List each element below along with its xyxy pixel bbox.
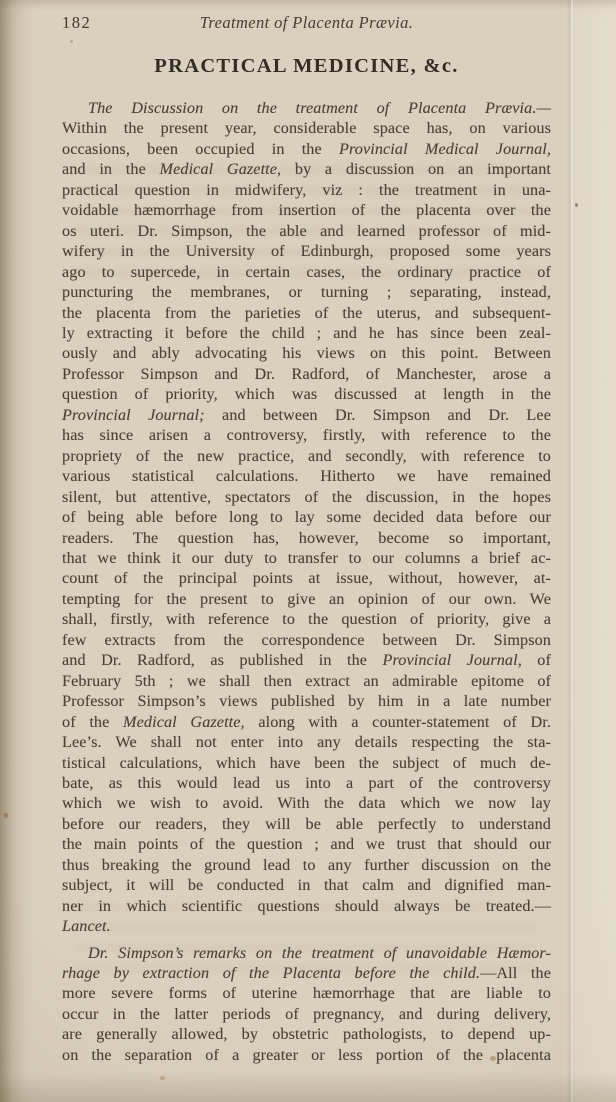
text-line: Within the present year, considerable sp… — [62, 118, 551, 138]
text-line: are generally allowed, by obstetric path… — [62, 1024, 551, 1044]
foxing-spot — [4, 813, 8, 818]
text-line: various statistical calculations. Hither… — [62, 466, 551, 486]
text-line: readers. The question has, however, beco… — [62, 528, 551, 548]
text-line: before our readers, they will be able pe… — [62, 814, 551, 834]
text-line: occasions, been occupied in the Provinci… — [62, 139, 551, 159]
text-line: of being able before long to lay some de… — [62, 507, 551, 527]
text-line: February 5th ; we shall then extract an … — [62, 671, 551, 691]
text-line: ner in which scientific questions should… — [62, 896, 551, 916]
text-line: rhage by extraction of the Placenta befo… — [62, 963, 551, 983]
text-line: The Discussion on the treatment of Place… — [62, 98, 551, 118]
text-line: and Dr. Radford, as published in the Pro… — [62, 650, 551, 670]
text-line: ago to supercede, in certain cases, the … — [62, 262, 551, 282]
page-edge-shadow-top — [0, 0, 616, 10]
text-line: the main points of the question ; and we… — [62, 834, 551, 854]
text-line: wifery in the University of Edinburgh, p… — [62, 241, 551, 261]
text-line: that we think it our duty to transfer to… — [62, 548, 551, 568]
text-line: subject, it will be conducted in that ca… — [62, 875, 551, 895]
text-line: ly extracting it before the child ; and … — [62, 323, 551, 343]
text-line: Professor Simpson’s views published by h… — [62, 691, 551, 711]
text-line: thus breaking the ground lead to any fur… — [62, 855, 551, 875]
article-body: The Discussion on the treatment of Place… — [62, 98, 551, 1065]
text-line: count of the principal points at issue, … — [62, 568, 551, 588]
text-line: Lancet. — [62, 916, 551, 936]
foxing-spot — [575, 203, 578, 207]
text-line: on the separation of a greater or less p… — [62, 1045, 551, 1065]
scanned-book-page: 182 Treatment of Placenta Prævia. PRACTI… — [0, 0, 616, 1102]
text-line: of the Medical Gazette, along with a cou… — [62, 712, 551, 732]
text-line: question of priority, which was discusse… — [62, 384, 551, 404]
text-line: silent, but attentive, spectators of the… — [62, 487, 551, 507]
section-heading: PRACTICAL MEDICINE, &c. — [62, 55, 551, 78]
text-line: which we wish to avoid. With the data wh… — [62, 793, 551, 813]
text-line: Professor Simpson and Dr. Radford, of Ma… — [62, 364, 551, 384]
page-edge-shadow-left — [0, 0, 26, 1102]
text-line: and in the Medical Gazette, by a discuss… — [62, 159, 551, 179]
text-line: os uteri. Dr. Simpson, the able and lear… — [62, 221, 551, 241]
text-line: tistical calculations, which have been t… — [62, 753, 551, 773]
text-line: propriety of the new practice, and secon… — [62, 446, 551, 466]
text-line: tempting for the present to give an opin… — [62, 589, 551, 609]
text-line: Provincial Journal; and between Dr. Simp… — [62, 405, 551, 425]
text-line: few extracts from the correspondence bet… — [62, 630, 551, 650]
text-line: puncturing the membranes, or turning ; s… — [62, 282, 551, 302]
foxing-spot — [160, 1076, 165, 1080]
text-line: more severe forms of uterine hæmorrhage … — [62, 983, 551, 1003]
text-line: has since arisen a controversy, firstly,… — [62, 425, 551, 445]
text-line: shall, firstly, with reference to the qu… — [62, 609, 551, 629]
page-edge-shadow-bottom — [0, 1072, 616, 1102]
text-line: the placenta from the parieties of the u… — [62, 303, 551, 323]
text-line: bate, as this would lead us into a part … — [62, 773, 551, 793]
text-line: ously and ably advocating his views on t… — [62, 343, 551, 363]
foxing-spot — [70, 40, 73, 43]
text-line: voidable hæmorrhage from insertion of th… — [62, 200, 551, 220]
text-line: Lee’s. We shall not enter into any detai… — [62, 732, 551, 752]
paragraph: The Discussion on the treatment of Place… — [62, 98, 551, 937]
paragraph: Dr. Simpson’s remarks on the treatment o… — [62, 943, 551, 1066]
page-edge-crease — [571, 0, 573, 1102]
running-head-title: Treatment of Placenta Prævia. — [62, 13, 551, 33]
text-line: practical question in midwifery, viz : t… — [62, 180, 551, 200]
text-line: occur in the latter periods of pregnancy… — [62, 1004, 551, 1024]
page-header: 182 Treatment of Placenta Prævia. — [62, 13, 551, 35]
text-line: Dr. Simpson’s remarks on the treatment o… — [62, 943, 551, 963]
